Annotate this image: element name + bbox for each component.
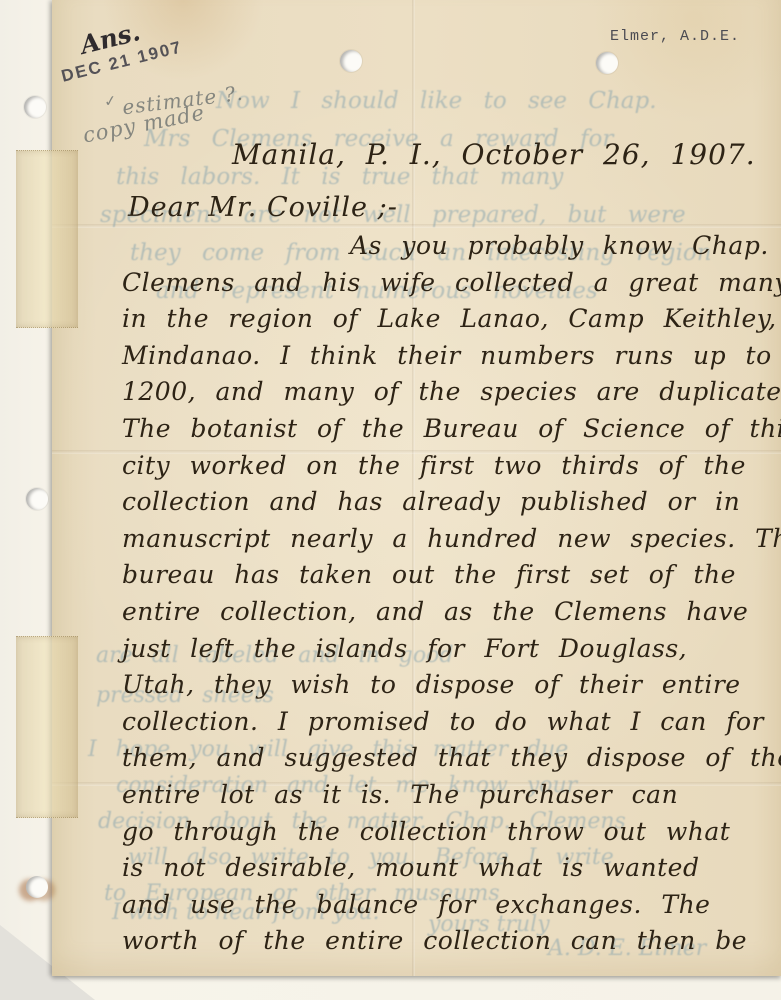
letter-line: 1200, and many of the species are duplic… [122,374,770,411]
letter-line: them, and suggested that they dispose of… [122,740,770,777]
tape-strip [16,150,78,328]
punch-hole [596,52,618,74]
letter-line: bureau has taken out the first set of th… [122,557,770,594]
letter-salutation: Dear Mr. Coville ;- [128,192,398,223]
letter-scan: Now I should like to see Chap.Mrs Clemen… [0,0,781,1000]
letter-body: As you probably know Chap. Jos.Clemens a… [122,228,770,960]
letter-line: Utah, they wish to dispose of their enti… [122,667,770,704]
letter-line: just left the islands for Fort Douglass, [122,631,770,668]
letter-line: collection and has already published or … [122,484,770,521]
letter-line: As you probably know Chap. Jos. [122,228,770,265]
letter-line: worth of the entire collection can then … [122,923,770,960]
letter-line: entire lot as it is. The purchaser can [122,777,770,814]
letter-line: entire collection, and as the Clemens ha… [122,594,770,631]
punch-hole [26,876,48,898]
tape-strip [16,636,78,818]
typed-collector-name: Elmer, A.D.E. [610,28,740,45]
punch-hole [24,96,46,118]
letter-line: is not desirable, mount what is wanted [122,850,770,887]
ghost-line: Now I should like to see Chap. [216,82,712,120]
letter-line: in the region of Lake Lanao, Camp Keithl… [122,301,770,338]
letter-line: collection. I promised to do what I can … [122,704,770,741]
letter-line: go through the collection throw out what [122,814,770,851]
letter-line: The botanist of the Bureau of Science of… [122,411,770,448]
letter-line: city worked on the first two thirds of t… [122,448,770,485]
letter-line: manuscript nearly a hundred new species.… [122,521,770,558]
letter-line: Mindanao. I think their numbers runs up … [122,338,770,375]
letter-line: and use the balance for exchanges. The [122,887,770,924]
letter-line: Clemens and his wife collected a great m… [122,265,770,302]
letter-dateline: Manila, P. I., October 26, 1907. [232,138,756,171]
pencil-checkmark: ✓ [103,91,118,111]
punch-hole [26,488,48,510]
punch-hole [340,50,362,72]
